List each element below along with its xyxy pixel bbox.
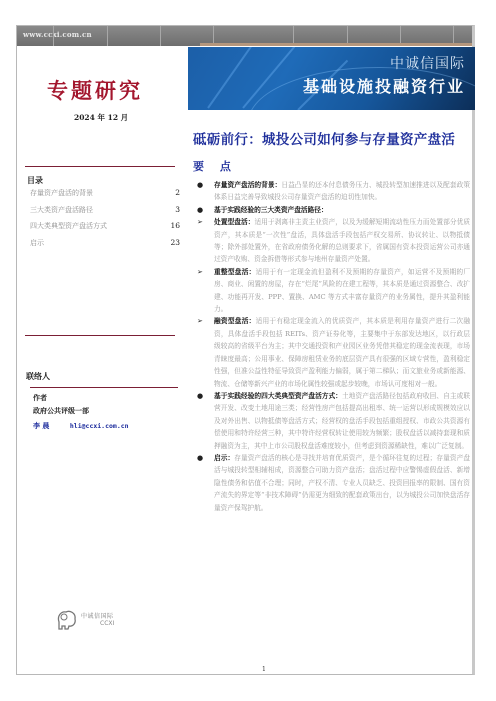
toc-item[interactable]: 存量资产盘活的背景 2 — [30, 188, 180, 205]
arrow-bullet-icon: ➢ — [197, 216, 203, 228]
arrow-bullet-icon: ➢ — [197, 266, 203, 278]
bullet-icon: ● — [197, 390, 203, 402]
toc-item-page: 16 — [170, 221, 180, 230]
bar-divider — [107, 26, 108, 46]
bullet-icon: ● — [197, 452, 203, 464]
key-point: ● 启示：存量资产盘活的核心是寻找并培育优质资产，是个循环往复的过程；存量资产盘… — [188, 452, 470, 514]
website-url[interactable]: www.ccxi.com.cn — [23, 30, 92, 39]
bar-accent-stripe — [200, 43, 472, 46]
company-name: 中诚信国际 — [390, 53, 465, 73]
toc-item[interactable]: 四大类典型资产盘活方式 16 — [30, 221, 180, 238]
toc-item-page: 3 — [175, 205, 180, 214]
key-points-title: 要 点 — [193, 158, 237, 174]
document-page: www.ccxi.com.cn 中诚信国际 基础设施投融资行业 专题研究 202… — [16, 25, 475, 675]
key-point: ● 存量资产盘活的背景：日益凸显的还本付息债务压力、城投转型加速推进以及配套政策… — [188, 179, 470, 204]
ccxi-logo: 中诚信国际 CCXI — [55, 608, 140, 634]
point-lead: 融资型盘活： — [214, 317, 256, 325]
key-point: ● 基于实践经验的四大类典型资产盘活方式：土地资产盘活路径包括政府收回、自主或联… — [188, 390, 470, 452]
document-type: 专题研究 — [47, 75, 143, 105]
bar-divider — [53, 26, 54, 46]
toc-item[interactable]: 三大类资产盘活路径 3 — [30, 205, 180, 222]
key-point: ● 基于实践经验的三大类资产盘活路径： — [188, 204, 470, 216]
divider — [25, 166, 175, 167]
bullet-icon: ● — [197, 204, 203, 216]
table-of-contents: 存量资产盘活的背景 2 三大类资产盘活路径 3 四大类典型资产盘活方式 16 启… — [30, 188, 180, 254]
divider — [25, 335, 175, 336]
point-lead: 基于实践经验的三大类资产盘活路径： — [214, 206, 328, 214]
arrow-bullet-icon: ➢ — [197, 315, 203, 327]
page-number: 1 — [262, 666, 266, 673]
point-lead: 处置型盘活： — [214, 218, 254, 226]
sub-point: ➢ 融资型盘活：适用于有稳定现金流入的优质资产，其本质是利用存量资产进行二次融资… — [188, 315, 470, 389]
department: 政府公共评级一部 — [33, 406, 89, 416]
key-points: ● 存量资产盘活的背景：日益凸显的还本付息债务压力、城投转型加速推进以及配套政策… — [188, 179, 470, 514]
author-name: 李 晨 — [33, 421, 49, 430]
document-date: 2024 年 12 月 — [74, 112, 128, 123]
toc-item-label: 启示 — [30, 239, 44, 247]
point-lead: 重整型盘活： — [214, 268, 256, 276]
toc-item-label: 三大类资产盘活路径 — [30, 206, 93, 214]
report-title: 砥砺前行：城投公司如何参与存量资产盘活 — [193, 128, 455, 148]
toc-item-label: 四大类典型资产盘活方式 — [30, 222, 107, 230]
industry-name: 基础设施投融资行业 — [303, 74, 465, 97]
toc-item-page: 2 — [175, 188, 180, 197]
author-label: 作者 — [33, 393, 47, 403]
author-email[interactable]: hli@ccxi.com.cn — [70, 422, 129, 430]
bar-divider — [160, 26, 161, 46]
logo-text-cn: 中诚信国际 — [81, 611, 114, 620]
author-contact: 李 晨 hli@ccxi.com.cn — [33, 421, 129, 431]
toc-title: 目录 — [27, 175, 43, 186]
toc-item-page: 23 — [170, 238, 180, 247]
divider — [30, 387, 178, 388]
contact-title: 联络人 — [26, 371, 50, 382]
point-lead: 基于实践经验的四大类典型资产盘活方式： — [214, 392, 342, 400]
sub-point: ➢ 处置型盘活：适用于剥离非主责主业资产，以及为缓解短期流动性压力而处置部分优质… — [188, 216, 470, 266]
logo-text-en: CCXI — [100, 620, 114, 627]
toc-item-label: 存量资产盘活的背景 — [30, 189, 93, 197]
elephant-icon — [55, 608, 79, 632]
point-lead: 存量资产盘活的背景： — [214, 181, 281, 189]
banner-decoration — [207, 47, 260, 109]
sub-point: ➢ 重整型盘活：适用于有一定现金流但盈利不及预期的存量资产，如运营不及预期的厂房… — [188, 266, 470, 316]
toc-item[interactable]: 启示 23 — [30, 238, 180, 255]
bullet-icon: ● — [197, 179, 203, 191]
point-text: 存量资产盘活的核心是寻找并培育优质资产，是个循环往复的过程；存量资产盘活与城投转… — [214, 454, 470, 512]
header-banner: 中诚信国际 基础设施投融资行业 — [188, 47, 475, 110]
point-lead: 启示： — [214, 454, 234, 462]
point-text: 土地资产盘活路径包括政府收回、自主或联营开发、改变土地用途三类；经营性房产包括提… — [214, 392, 470, 450]
top-bar: www.ccxi.com.cn — [17, 26, 472, 46]
point-text: 适用于有稳定现金流入的优质资产，其本质是利用存量资产进行二次融资，具体盘活手段包… — [214, 317, 470, 387]
